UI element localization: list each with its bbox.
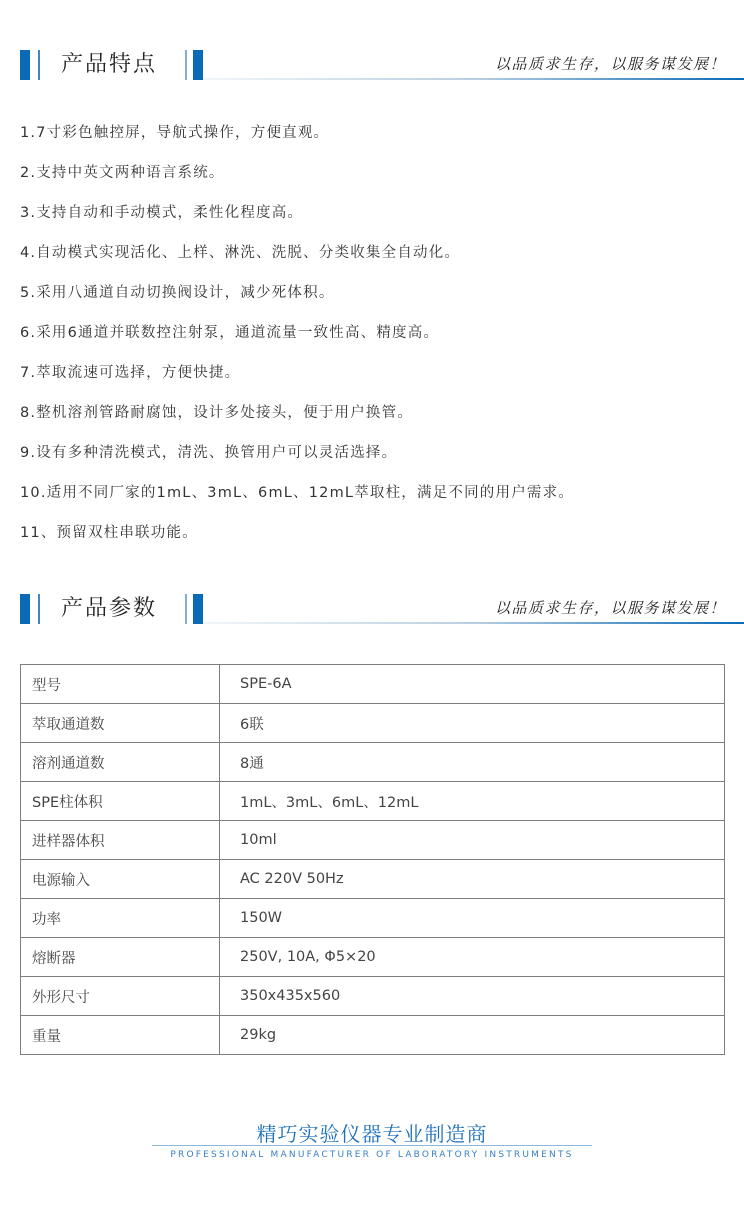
feature-item: 6.采用6通道并联数控注射泵，通道流量一致性高、精度高。 xyxy=(20,322,730,362)
footer-title-en: PROFESSIONAL MANUFACTURER OF LABORATORY … xyxy=(0,1150,744,1160)
footer-title-cn: 精巧实验仪器专业制造商 xyxy=(0,1118,744,1147)
feature-item: 5.采用八通道自动切换阀设计，减少死体积。 xyxy=(20,282,730,322)
header-accent-bar-right xyxy=(193,594,203,624)
features-title: 产品特点 xyxy=(61,51,157,79)
spec-value: AC 220V 50Hz xyxy=(220,860,725,899)
spec-value: 150W xyxy=(220,899,725,938)
table-row: 功率150W xyxy=(21,899,725,938)
feature-item: 11、预留双柱串联功能。 xyxy=(20,522,730,562)
header-accent-bar-right xyxy=(193,50,203,80)
features-slogan: 以品质求生存，以服务谋发展！ xyxy=(495,53,726,74)
header-accent-bar-left xyxy=(20,594,30,624)
specs-slogan: 以品质求生存，以服务谋发展！ xyxy=(495,597,726,618)
header-accent-line-right xyxy=(185,594,187,624)
header-accent-line-left xyxy=(38,50,40,80)
table-row: 重量29kg xyxy=(21,1016,725,1055)
spec-value: 10ml xyxy=(220,821,725,860)
feature-item: 2.支持中英文两种语言系统。 xyxy=(20,162,730,202)
header-underline xyxy=(203,78,744,80)
table-row: 进样器体积10ml xyxy=(21,821,725,860)
specs-section-header: 产品参数 以品质求生存，以服务谋发展！ xyxy=(0,594,744,634)
spec-key: 萃取通道数 xyxy=(21,704,220,743)
spec-key: 进样器体积 xyxy=(21,821,220,860)
features-list: 1.7寸彩色触控屏，导航式操作，方便直观。 2.支持中英文两种语言系统。 3.支… xyxy=(20,122,730,562)
table-row: 熔断器250V, 10A, Φ5×20 xyxy=(21,938,725,977)
table-row: SPE柱体积1mL、3mL、6mL、12mL xyxy=(21,782,725,821)
header-accent-bar-left xyxy=(20,50,30,80)
features-section-header: 产品特点 以品质求生存，以服务谋发展！ xyxy=(0,50,744,90)
table-row: 溶剂通道数8通 xyxy=(21,743,725,782)
spec-key: 外形尺寸 xyxy=(21,977,220,1016)
table-row: 萃取通道数6联 xyxy=(21,704,725,743)
feature-item: 8.整机溶剂管路耐腐蚀，设计多处接头，便于用户换管。 xyxy=(20,402,730,442)
spec-key: 重量 xyxy=(21,1016,220,1055)
spec-key: 型号 xyxy=(21,665,220,704)
feature-item: 3.支持自动和手动模式，柔性化程度高。 xyxy=(20,202,730,242)
spec-key: SPE柱体积 xyxy=(21,782,220,821)
table-row: 型号SPE-6A xyxy=(21,665,725,704)
spec-value: 8通 xyxy=(220,743,725,782)
spec-value: 1mL、3mL、6mL、12mL xyxy=(220,782,725,821)
spec-value: 350x435x560 xyxy=(220,977,725,1016)
spec-value: 250V, 10A, Φ5×20 xyxy=(220,938,725,977)
spec-key: 熔断器 xyxy=(21,938,220,977)
header-underline xyxy=(203,622,744,624)
specs-title: 产品参数 xyxy=(61,595,157,623)
spec-value: 29kg xyxy=(220,1016,725,1055)
feature-item: 4.自动模式实现活化、上样、淋洗、洗脱、分类收集全自动化。 xyxy=(20,242,730,282)
header-accent-line-left xyxy=(38,594,40,624)
feature-item: 9.设有多种清洗模式，清洗、换管用户可以灵活选择。 xyxy=(20,442,730,482)
footer-divider xyxy=(152,1145,592,1146)
spec-value: SPE-6A xyxy=(220,665,725,704)
feature-item: 10.适用不同厂家的1mL、3mL、6mL、12mL萃取柱，满足不同的用户需求。 xyxy=(20,482,730,522)
header-accent-line-right xyxy=(185,50,187,80)
table-row: 电源输入AC 220V 50Hz xyxy=(21,860,725,899)
spec-key: 功率 xyxy=(21,899,220,938)
spec-key: 电源输入 xyxy=(21,860,220,899)
spec-key: 溶剂通道数 xyxy=(21,743,220,782)
feature-item: 7.萃取流速可选择，方便快捷。 xyxy=(20,362,730,402)
feature-item: 1.7寸彩色触控屏，导航式操作，方便直观。 xyxy=(20,122,730,162)
table-row: 外形尺寸350x435x560 xyxy=(21,977,725,1016)
spec-table: 型号SPE-6A 萃取通道数6联 溶剂通道数8通 SPE柱体积1mL、3mL、6… xyxy=(20,664,725,1055)
spec-value: 6联 xyxy=(220,704,725,743)
